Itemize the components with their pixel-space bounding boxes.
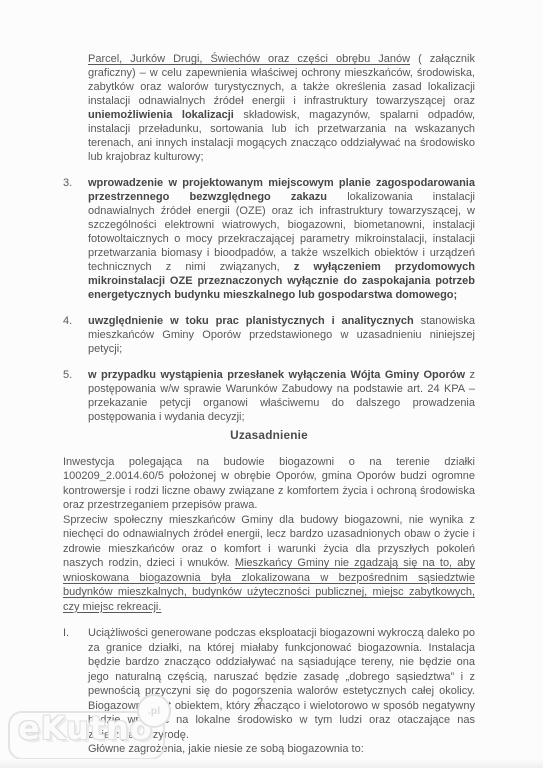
list-item: 5.w przypadku wystąpienia przesłanek wył… — [63, 368, 475, 424]
watermark-logo-text: eKutno — [18, 709, 153, 747]
ekutno-watermark: eKutno .pl — [8, 694, 183, 764]
text-segment: uwzględnienie w toku prac planistycznych… — [88, 315, 414, 327]
watermark-pl-label: .pl — [148, 705, 160, 717]
list-item-text: w przypadku wystąpienia przesłanek wyłąc… — [88, 368, 475, 424]
list-marker: 4. — [63, 314, 88, 356]
text-segment: w przypadku wystąpienia przesłanek wyłąc… — [88, 369, 465, 381]
page-number: 2 — [250, 697, 270, 709]
section-petition-demands: Parcel, Jurków Drugi, Świechów oraz częś… — [63, 52, 475, 424]
list-marker: 5. — [63, 368, 88, 424]
watermark-pl-badge: .pl — [137, 694, 171, 728]
text-segment: Uzasadnienie — [230, 428, 308, 442]
list-item-text: wprowadzenie w projektowanym miejscowym … — [88, 176, 475, 302]
text-segment: uniemożliwienia lokalizacji — [88, 109, 234, 121]
section-heading: Uzasadnienie — [63, 428, 475, 443]
list-marker: 3. — [63, 176, 88, 302]
document-content: Parcel, Jurków Drugi, Świechów oraz częś… — [63, 52, 475, 757]
document-page: Parcel, Jurków Drugi, Świechów oraz częś… — [0, 0, 543, 768]
list-item: 3.wprowadzenie w projektowanym miejscowy… — [63, 176, 475, 302]
text-segment: Inwestycja polegająca na budowie biogazo… — [63, 456, 475, 512]
text-segment: Parcel, Jurków Drugi, Świechów oraz częś… — [88, 53, 410, 65]
paragraph: Inwestycja polegająca na budowie biogazo… — [63, 455, 475, 513]
paragraph: Sprzeciw społeczny mieszkańców Gminy dla… — [63, 513, 475, 615]
paragraph-continuation: Parcel, Jurków Drugi, Świechów oraz częś… — [88, 52, 475, 164]
list-item-text: uwzględnienie w toku prac planistycznych… — [88, 314, 475, 356]
list-item: 4.uwzględnienie w toku prac planistyczny… — [63, 314, 475, 356]
